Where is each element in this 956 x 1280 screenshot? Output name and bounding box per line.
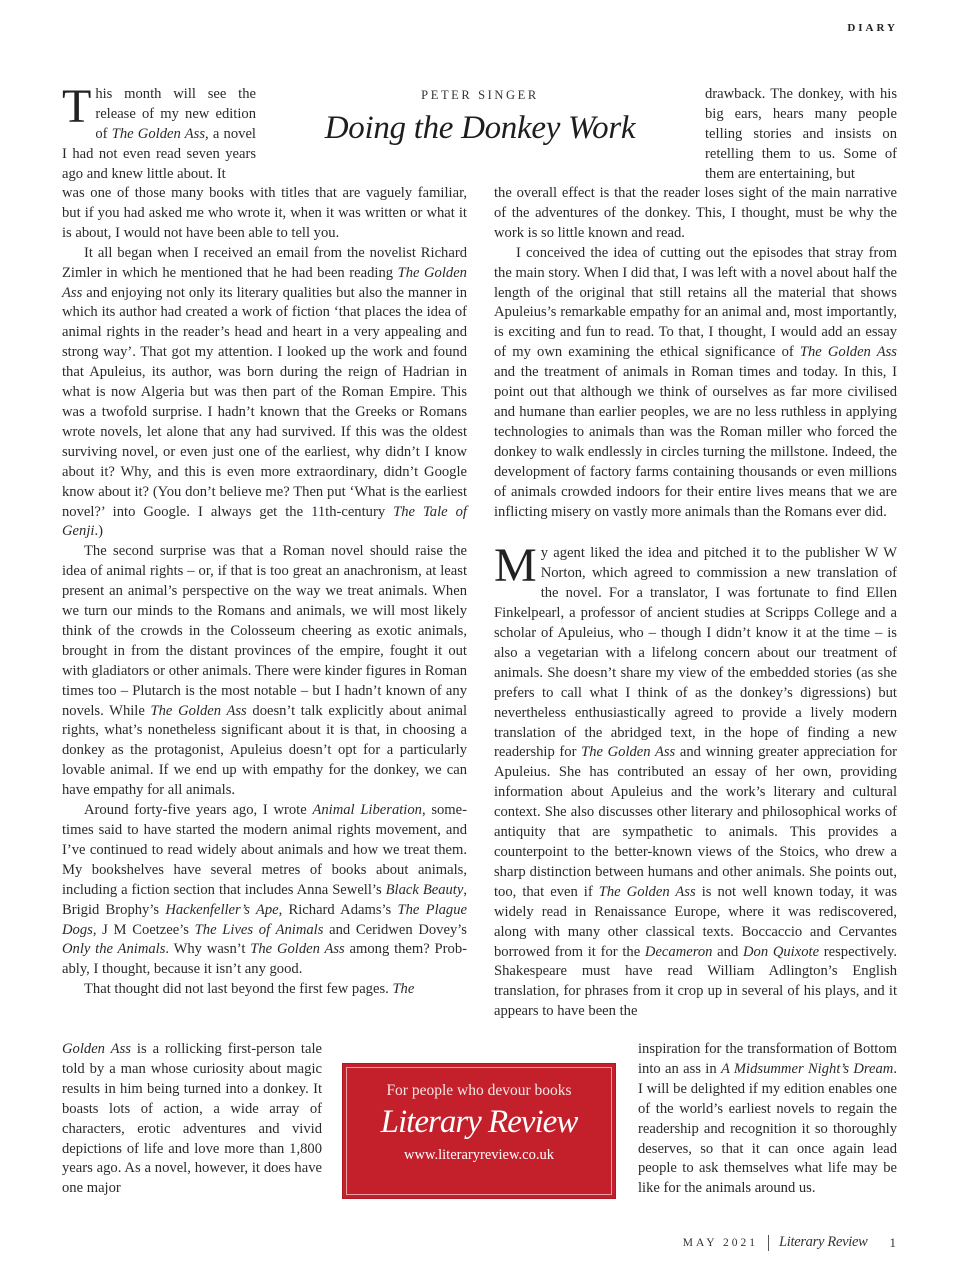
paragraph: My agent liked the idea and pitched it t…: [494, 544, 897, 1022]
book-title: The Golden Ass: [250, 941, 344, 957]
top-right-paragraph: drawback. The donkey, with his big ears,…: [705, 85, 897, 185]
paragraph: was one of those many books with titles …: [62, 184, 467, 244]
book-title: Black Beauty: [386, 882, 464, 898]
text: I conceived the idea of cutting out the …: [494, 245, 897, 361]
book-title: Decameron: [645, 944, 713, 960]
text: . I will be delighted if my edition enab…: [638, 1061, 897, 1196]
page-footer: MAY 2021 Literary Review 1: [683, 1234, 896, 1251]
paragraph: I conceived the idea of cutting out the …: [494, 244, 897, 523]
text: That thought did not last beyond the fir…: [84, 981, 392, 997]
bottom-left-column: Golden Ass is a rollicking first-person …: [62, 1040, 322, 1199]
paragraph: The second surprise was that a Roman nov…: [62, 542, 467, 801]
book-title: The Golden Ass: [599, 884, 696, 900]
text: is a rollicking first-person tale told b…: [62, 1041, 322, 1196]
play-title: A Midsummer Night’s Dream: [721, 1061, 893, 1077]
section-label: DIARY: [847, 22, 898, 34]
text: and: [712, 944, 743, 960]
paragraph: inspiration for the transformation of Bo…: [638, 1040, 897, 1199]
dropcap: T: [62, 88, 91, 126]
paragraph: That thought did not last beyond the fir…: [62, 980, 467, 1000]
book-title: Only the Animals: [62, 941, 165, 957]
text: and the treatment of animals in Roman ti…: [494, 364, 897, 519]
text: Around forty-five years ago, I wrote: [84, 802, 312, 818]
text: and winning greater appreciation for Apu…: [494, 744, 897, 899]
paragraph: Around forty-five years ago, I wrote Ani…: [62, 801, 467, 980]
book-title: Hackenfeller’s Ape: [165, 902, 278, 918]
bottom-right-column: inspiration for the transformation of Bo…: [638, 1040, 897, 1199]
footer-divider: [768, 1235, 769, 1251]
dropcap: M: [494, 547, 537, 585]
text: , J M Coetzee’s: [93, 922, 195, 938]
issue-date: MAY 2021: [683, 1237, 758, 1249]
intro-paragraph: This month will see the release of my ne…: [62, 85, 256, 185]
paragraph-text: drawback. The donkey, with his big ears,…: [705, 85, 897, 185]
ad-tagline: For people who devour books: [347, 1082, 611, 1100]
book-title: Don Quixote: [743, 944, 819, 960]
page-number: 1: [890, 1235, 897, 1251]
article-title: Doing the Donkey Work: [290, 110, 670, 147]
text: and enjoying not only its literary quali…: [62, 285, 467, 520]
book-title: The Golden Ass: [112, 126, 205, 142]
right-column: the overall effect is that the reader lo…: [494, 184, 897, 1022]
text: The second surprise was that a Roman nov…: [62, 543, 467, 718]
book-title: Golden Ass: [62, 1041, 131, 1057]
book-title: The Golden Ass: [800, 344, 897, 360]
text: . Why wasn’t: [165, 941, 250, 957]
book-title: The Golden Ass: [151, 703, 247, 719]
book-title: The Lives of Animals: [195, 922, 324, 938]
ad-brand-logo: Literary Review: [347, 1104, 611, 1141]
ad-url-link[interactable]: www.literaryreview.co.uk: [347, 1147, 611, 1164]
book-title: Animal Liberation: [312, 802, 422, 818]
ad-inner-border: For people who devour books Literary Rev…: [346, 1067, 612, 1195]
text: and Ceridwen Dovey’s: [323, 922, 467, 938]
book-title: The Golden Ass: [581, 744, 675, 760]
magazine-name: Literary Review: [779, 1234, 868, 1251]
left-column: was one of those many books with titles …: [62, 184, 467, 1000]
text: .): [94, 523, 103, 539]
paragraph: the overall effect is that the reader lo…: [494, 184, 897, 244]
text: , Richard Adams’s: [279, 902, 398, 918]
paragraph: Golden Ass is a rollicking first-person …: [62, 1040, 322, 1199]
text: y agent liked the idea and pitched it to…: [494, 545, 897, 760]
paragraph: It all began when I received an email fr…: [62, 244, 467, 543]
author-byline: PETER SINGER: [300, 88, 660, 103]
literary-review-ad[interactable]: For people who devour books Literary Rev…: [342, 1063, 616, 1199]
book-title: The: [392, 981, 414, 997]
